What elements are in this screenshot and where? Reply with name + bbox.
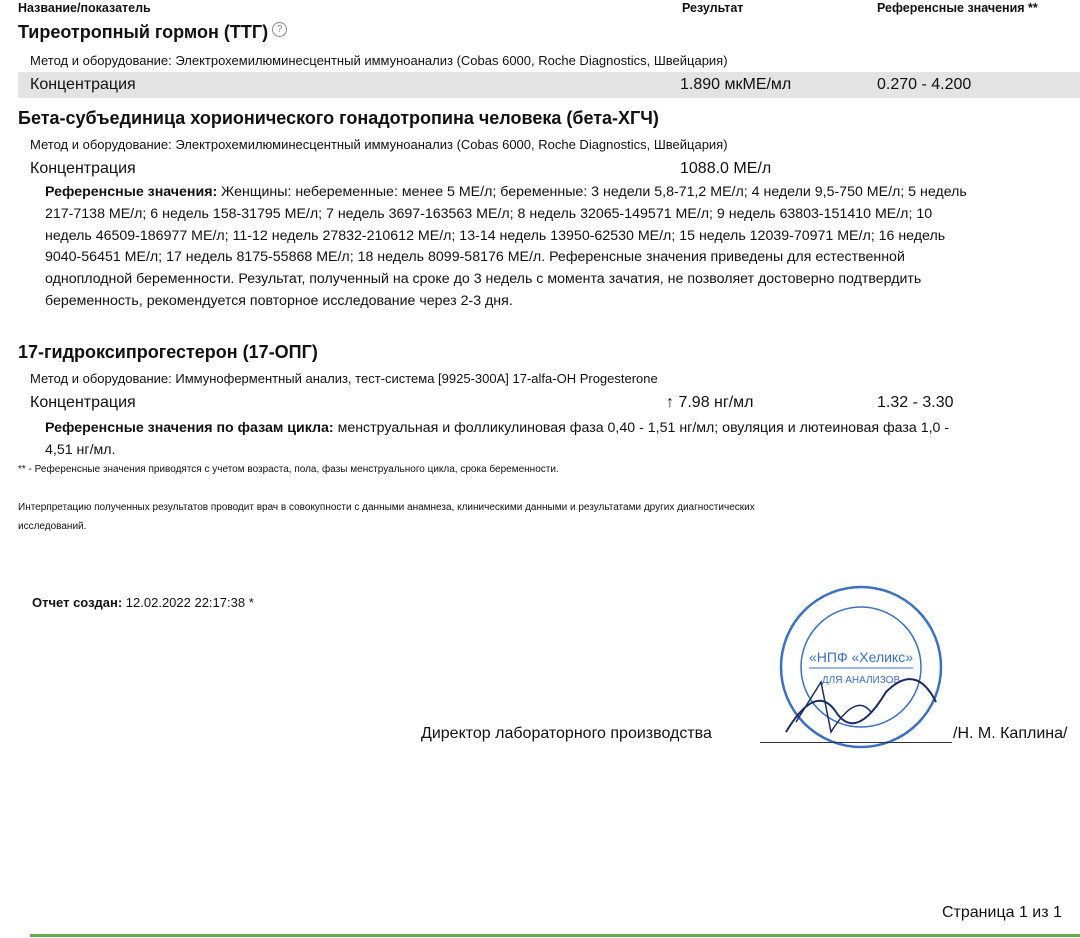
signature-name: /Н. М. Каплина/ bbox=[953, 725, 1067, 743]
column-header-name: Название/показатель bbox=[18, 1, 151, 15]
report-created-value: 12.02.2022 22:17:38 * bbox=[122, 595, 254, 610]
interpretation-note: Интерпретацию полученных результатов про… bbox=[18, 498, 798, 536]
result-value: 1.890 мкМЕ/мл bbox=[680, 76, 791, 94]
method-tsh: Метод и оборудование: Электрохемилюминес… bbox=[30, 53, 728, 68]
result-row-tsh: Концентрация 1.890 мкМЕ/мл 0.270 - 4.200 bbox=[18, 72, 1080, 98]
result-value-flagged: ↑ 7.98 нг/мл bbox=[666, 394, 754, 412]
svg-text:ДЛЯ АНАЛИЗОВ: ДЛЯ АНАЛИЗОВ bbox=[822, 675, 901, 686]
note-text: Женщины: небеременные: менее 5 МЕ/л; бер… bbox=[45, 184, 967, 309]
result-value: 1088.0 МЕ/л bbox=[680, 160, 771, 178]
signature-role: Директор лабораторного производства bbox=[421, 725, 712, 743]
report-created-label: Отчет создан: bbox=[32, 595, 122, 610]
note-label: Референсные значения по фазам цикла: bbox=[45, 420, 334, 436]
reference-note-17ohp: Референсные значения по фазам цикла: мен… bbox=[45, 418, 975, 462]
test-title-text: Тиреотропный гормон (ТТГ) bbox=[18, 22, 268, 42]
test-title-bhcg: Бета-субъединица хорионического гонадотр… bbox=[18, 108, 659, 129]
param-name: Концентрация bbox=[30, 160, 136, 178]
reference-note-bhcg: Референсные значения: Женщины: неберемен… bbox=[45, 182, 975, 313]
result-value: 7.98 нг/мл bbox=[678, 394, 753, 411]
method-17ohp: Метод и оборудование: Иммуноферментный а… bbox=[30, 371, 658, 386]
organization-stamp-icon: «НПФ «Хеликс» ДЛЯ АНАЛИЗОВ bbox=[776, 582, 946, 752]
column-header-reference: Референсные значения ** bbox=[877, 1, 1038, 15]
result-row-bhcg: Концентрация 1088.0 МЕ/л bbox=[18, 156, 1080, 182]
column-header-result: Результат bbox=[682, 1, 743, 15]
reference-range: 1.32 - 3.30 bbox=[877, 394, 954, 412]
note-label: Референсные значения: bbox=[45, 184, 217, 200]
footnote: ** - Референсные значения приводятся с у… bbox=[18, 464, 559, 475]
reference-range: 0.270 - 4.200 bbox=[877, 76, 971, 94]
help-icon[interactable]: ? bbox=[272, 22, 287, 37]
page-number: Страница 1 из 1 bbox=[942, 904, 1062, 922]
param-name: Концентрация bbox=[30, 76, 136, 94]
param-name: Концентрация bbox=[30, 394, 136, 412]
signature-line bbox=[760, 742, 952, 743]
result-row-17ohp: Концентрация ↑ 7.98 нг/мл 1.32 - 3.30 bbox=[18, 390, 1080, 416]
footer-divider bbox=[30, 934, 1080, 937]
test-title-tsh: Тиреотропный гормон (ТТГ)? bbox=[18, 22, 287, 43]
high-flag-arrow-icon: ↑ bbox=[666, 394, 674, 411]
test-title-17ohp: 17-гидроксипрогестерон (17-ОПГ) bbox=[18, 342, 318, 363]
method-bhcg: Метод и оборудование: Электрохемилюминес… bbox=[30, 137, 728, 152]
svg-text:«НПФ «Хеликс»: «НПФ «Хеликс» bbox=[809, 649, 913, 665]
report-created: Отчет создан: 12.02.2022 22:17:38 * bbox=[32, 595, 254, 610]
